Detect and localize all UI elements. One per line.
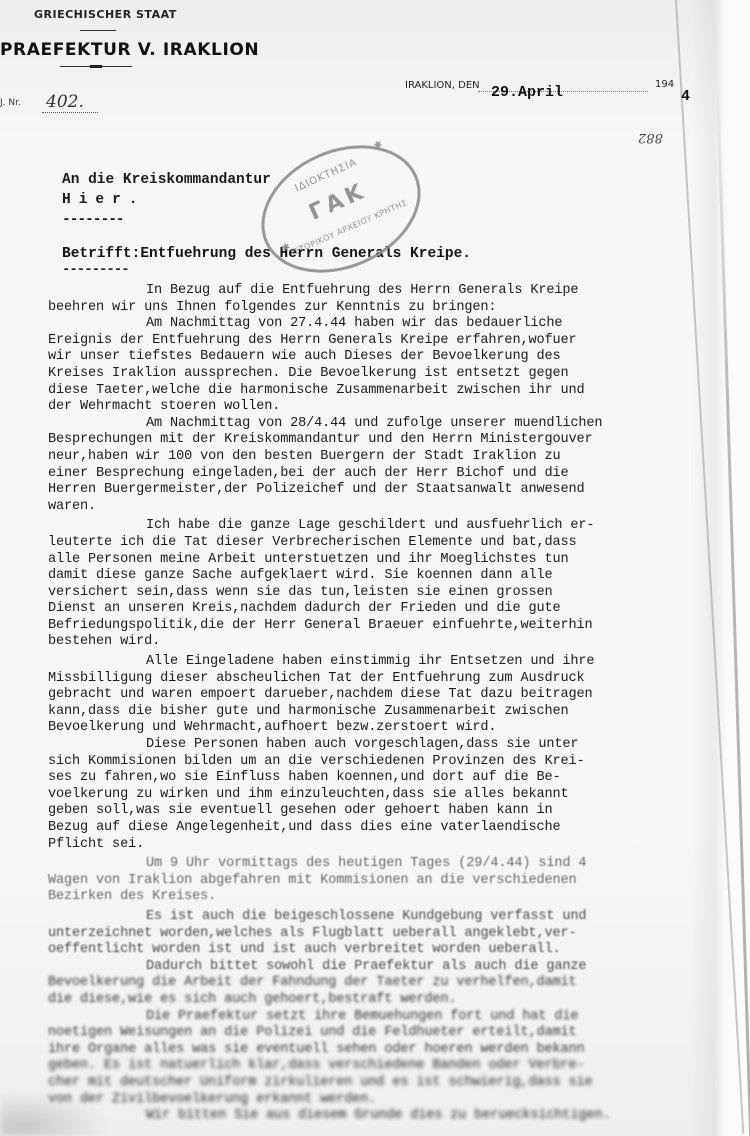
body-line: gebracht und waren empoert darueber,nach… bbox=[48, 687, 728, 704]
subject-line: Betrifft:Entfuehrung des Herrn Generals … bbox=[62, 246, 471, 262]
body-line: Befriedungspolitik,die der Herr General … bbox=[48, 618, 728, 635]
body-line: Pflicht sei. bbox=[48, 837, 728, 854]
body-line: wir unser tiefstes Bedauern wie auch Die… bbox=[48, 349, 728, 366]
body-line: unterzeichnet worden,welches als Flugbla… bbox=[48, 926, 728, 943]
body-line: Ereignis der Entfuehrung des Herrn Gener… bbox=[48, 333, 728, 350]
page-smudge bbox=[0, 1090, 110, 1136]
body-line: noetigen Weisungen an die Polizei und di… bbox=[48, 1025, 728, 1042]
body-line: waren. bbox=[48, 499, 728, 516]
body-line: bestehen wird. bbox=[48, 634, 728, 651]
body-line: voelkerung zu wirken und ihm einzuleucht… bbox=[48, 787, 728, 804]
body-line: versichert sein,dass wenn sie das tun,le… bbox=[48, 585, 728, 602]
addressee-line: An die Kreiskommandantur bbox=[62, 170, 271, 190]
body-line: In Bezug auf die Entfuehrung des Herrn G… bbox=[48, 283, 728, 300]
body-line: von der Zivilbevoelkerung erkannt werden… bbox=[48, 1092, 728, 1109]
body-line: leuterte ich die Tat dieser Verbrecheris… bbox=[48, 535, 728, 552]
body-line: Besprechungen mit der Kreiskommandantur … bbox=[48, 432, 728, 449]
body-line: der Wehrmacht stoeren wollen. bbox=[48, 399, 728, 416]
body-line: Dienst an unseren Kreis,nachdem dadurch … bbox=[48, 601, 728, 618]
body-line: neur,haben wir 100 von den besten Buerge… bbox=[48, 449, 728, 466]
letterhead-state: GRIECHISCHER STAAT bbox=[34, 8, 177, 21]
body-line: Alle Eingeladene haben einstimmig ihr En… bbox=[48, 654, 728, 671]
subject-underline: --------- bbox=[62, 262, 129, 278]
body-line: Missbilligung dieser abscheulichen Tat d… bbox=[48, 671, 728, 688]
body-line: diese Taeter,welche die harmonische Zusa… bbox=[48, 383, 728, 400]
body-line: die diese,wie es sich auch gehoert,bestr… bbox=[48, 992, 728, 1009]
document-page: GRIECHISCHER STAAT PRAEFEKTUR V. IRAKLIO… bbox=[0, 0, 750, 1136]
body-line: Bezug auf diese Angelegenheit,und dass d… bbox=[48, 820, 728, 837]
body-line: Herren Buergermeister,der Polizeichef un… bbox=[48, 482, 728, 499]
archive-number: 882 bbox=[638, 130, 663, 145]
letterhead-rule-mark bbox=[90, 65, 102, 68]
letterhead-office: PRAEFEKTUR V. IRAKLION bbox=[0, 40, 259, 60]
addressee-underline: -------- bbox=[62, 210, 271, 230]
body-line: Kreises Iraklion aussprechen. Die Bevoel… bbox=[48, 366, 728, 383]
letter-date: 29.April bbox=[491, 84, 563, 101]
body-line: Die Praefektur setzt ihre Bemuehungen fo… bbox=[48, 1009, 728, 1026]
reference-label: J. Nr. bbox=[0, 98, 21, 108]
body-line: sich Kommisionen bilden um an die versch… bbox=[48, 754, 728, 771]
body-line: Diese Personen haben auch vorgeschlagen,… bbox=[48, 737, 728, 754]
year-prefix: 194 bbox=[655, 79, 674, 90]
body-line: cher mit deutscher Uniform zirkulieren u… bbox=[48, 1075, 728, 1092]
body-line: Bevoelkerung die Arbeit der Fahndung der… bbox=[48, 975, 728, 992]
body-line: Wagen von Iraklion abgefahren mit Kommis… bbox=[48, 873, 728, 890]
body-line: einer Besprechung eingeladen,bei der auc… bbox=[48, 466, 728, 483]
body-line: Um 9 Uhr vormittags des heutigen Tages (… bbox=[48, 856, 728, 873]
body-line: kann,dass die bisher gute und harmonisch… bbox=[48, 704, 728, 721]
letter-body: In Bezug auf die Entfuehrung des Herrn G… bbox=[48, 283, 728, 1125]
body-line: Bevoelkerung und Wehrmacht,aufhoert bezw… bbox=[48, 720, 728, 737]
body-line: Am Nachmittag von 28/4.44 und zufolge un… bbox=[48, 416, 728, 433]
addressee-location: Hier. bbox=[62, 190, 271, 210]
body-line: Dadurch bittet sowohl die Praefektur als… bbox=[48, 959, 728, 976]
body-line: beehren wir uns Ihnen folgendes zur Kenn… bbox=[48, 300, 728, 317]
letterhead-rule bbox=[80, 30, 116, 31]
body-line: Es ist auch die beigeschlossene Kundgebu… bbox=[48, 909, 728, 926]
body-line: Bezirken des Kreises. bbox=[48, 889, 728, 906]
body-line: Wir bitten Sie aus diesem Grunde dies zu… bbox=[48, 1108, 728, 1125]
body-line: ses zu fahren,wo sie Einfluss haben koen… bbox=[48, 770, 728, 787]
body-line: damit diese ganze Sache aufgeklaert wird… bbox=[48, 568, 728, 585]
body-line: oeffentlicht worden ist und ist auch ver… bbox=[48, 942, 728, 959]
body-line: alle Personen meine Arbeit unterstuetzen… bbox=[48, 552, 728, 569]
body-line: geben. Es ist natuerlich klar,dass versc… bbox=[48, 1058, 728, 1075]
reference-number: 402. bbox=[42, 92, 98, 113]
body-line: geben soll,was sie eventuell gesehen ode… bbox=[48, 803, 728, 820]
archive-stamp: ✱ ΙΔΙΟΚΤΗΣΙΑ ΓΑΚ ✱ ΙΣΤΟΡΙΚΟΥ ΑΡΧΕΙΟΥ ΚΡΗ… bbox=[241, 121, 441, 296]
addressee-block: An die Kreiskommandantur Hier. -------- bbox=[62, 170, 271, 230]
body-line: Ich habe die ganze Lage geschildert und … bbox=[48, 518, 728, 535]
body-line: Am Nachmittag von 27.4.44 haben wir das … bbox=[48, 316, 728, 333]
body-line: ihre Organe alles was sie eventuell sehe… bbox=[48, 1042, 728, 1059]
year-suffix: 4 bbox=[681, 88, 690, 105]
place-label: IRAKLION, DEN bbox=[405, 80, 480, 91]
